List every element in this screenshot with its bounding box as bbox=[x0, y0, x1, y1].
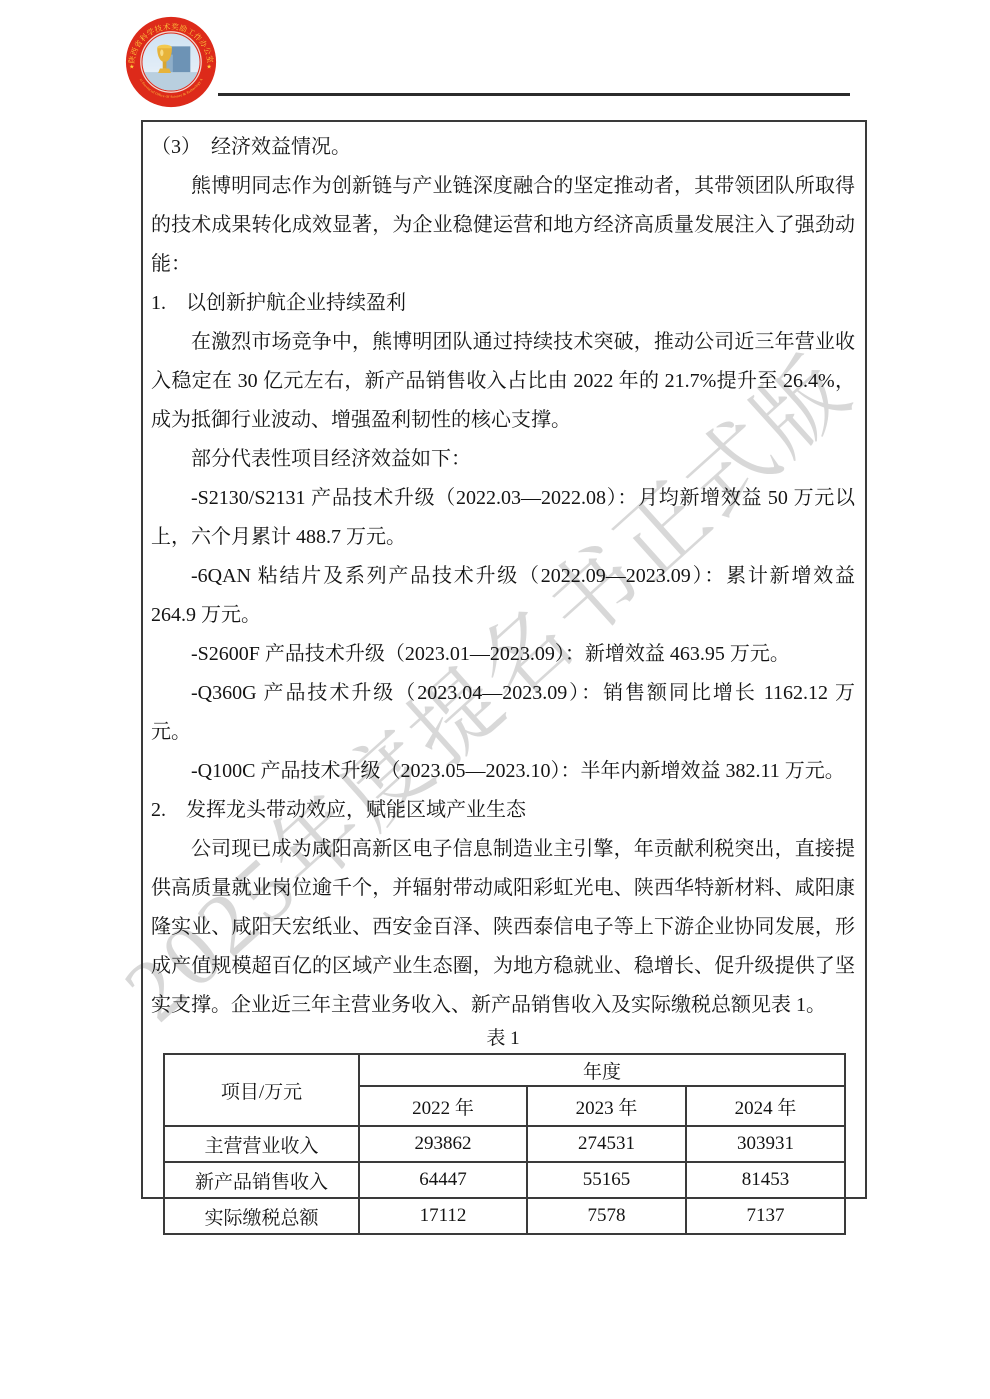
header-rule bbox=[218, 93, 850, 96]
document-body: （3） 经济效益情况。 熊博明同志作为创新链与产业链深度融合的坚定推动者，其带领… bbox=[141, 120, 867, 1199]
table-cell: 303931 bbox=[686, 1126, 845, 1162]
table-year-header: 2022 年 bbox=[359, 1086, 527, 1126]
project-item: -6QAN 粘结片及系列产品技术升级（2022.09—2023.09）：累计新增… bbox=[151, 557, 855, 635]
table-caption: 表 1 bbox=[151, 1025, 855, 1053]
table-row: 新产品销售收入 64447 55165 81453 bbox=[164, 1162, 845, 1198]
org-seal-logo: 陕西省科学技术奖励工作办公室 Shaanxi Provincial Office… bbox=[125, 16, 217, 108]
project-item: -Q360G 产品技术升级（2023.04—2023.09）：销售额同比增长 1… bbox=[151, 674, 855, 752]
project-item: -Q100C 产品技术升级（2023.05—2023.10）：半年内新增效益 3… bbox=[151, 752, 855, 791]
document-page: 陕西省科学技术奖励工作办公室 Shaanxi Provincial Office… bbox=[0, 0, 990, 1399]
row-label: 新产品销售收入 bbox=[164, 1162, 359, 1198]
table-cell: 81453 bbox=[686, 1162, 845, 1198]
table-row: 主营营业收入 293862 274531 303931 bbox=[164, 1126, 845, 1162]
seal-star-left-icon: ★ bbox=[129, 63, 134, 70]
paragraph: 公司现已成为咸阳高新区电子信息制造业主引擎，年贡献利税突出，直接提供高质量就业岗… bbox=[151, 830, 855, 1025]
table-cell: 274531 bbox=[527, 1126, 686, 1162]
row-label: 主营营业收入 bbox=[164, 1126, 359, 1162]
table-corner-header: 项目/万元 bbox=[164, 1054, 359, 1126]
list-heading-1: 1. 以创新护航企业持续盈利 bbox=[151, 284, 855, 323]
table-cell: 17112 bbox=[359, 1198, 527, 1234]
table-cell: 64447 bbox=[359, 1162, 527, 1198]
table-cell: 293862 bbox=[359, 1126, 527, 1162]
table-cell: 7137 bbox=[686, 1198, 845, 1234]
section-heading: （3） 经济效益情况。 bbox=[151, 128, 855, 167]
paragraph: 在激烈市场竞争中，熊博明团队通过持续技术突破，推动公司近三年营业收入稳定在 30… bbox=[151, 323, 855, 440]
paragraph: 熊博明同志作为创新链与产业链深度融合的坚定推动者，其带领团队所取得的技术成果转化… bbox=[151, 167, 855, 284]
list-heading-2: 2. 发挥龙头带动效应，赋能区域产业生态 bbox=[151, 791, 855, 830]
project-item: -S2130/S2131 产品技术升级（2022.03—2022.08）：月均新… bbox=[151, 479, 855, 557]
project-item: -S2600F 产品技术升级（2023.01—2023.09）：新增效益 463… bbox=[151, 635, 855, 674]
table-group-header: 年度 bbox=[359, 1054, 845, 1086]
table-cell: 7578 bbox=[527, 1198, 686, 1234]
table-year-header: 2024 年 bbox=[686, 1086, 845, 1126]
table-year-header: 2023 年 bbox=[527, 1086, 686, 1126]
table-row: 实际缴税总额 17112 7578 7137 bbox=[164, 1198, 845, 1234]
row-label: 实际缴税总额 bbox=[164, 1198, 359, 1234]
paragraph: 部分代表性项目经济效益如下： bbox=[151, 440, 855, 479]
table-cell: 55165 bbox=[527, 1162, 686, 1198]
data-table: 项目/万元 年度 2022 年 2023 年 2024 年 主营营业收入 293… bbox=[163, 1053, 846, 1235]
seal-star-right-icon: ★ bbox=[206, 63, 211, 70]
